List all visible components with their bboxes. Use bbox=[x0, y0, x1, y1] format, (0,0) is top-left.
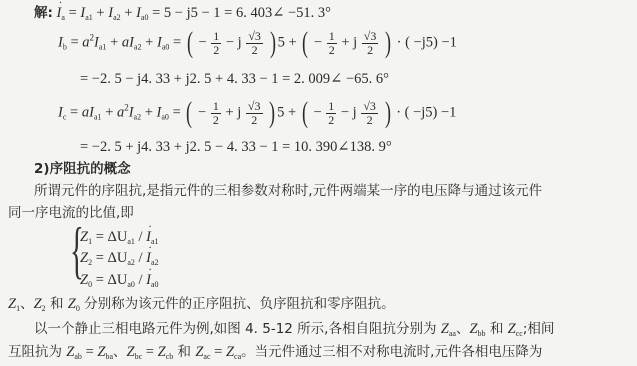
equation-ic: Ic = aIa1 + a2Ia2 + Ia0 = ( − 12 + j √32… bbox=[58, 100, 456, 126]
impedance-def-z2: Z2 = ΔUa2 / Ia2 bbox=[80, 251, 159, 267]
equation-ic-result: = −2. 5 + j4. 33 + j2. 5 − 4. 33 − 1 = 1… bbox=[80, 140, 392, 155]
solution-label: 解: bbox=[34, 5, 53, 21]
equation-ib: Ib = a2Ia1 + aIa2 + Ia0 = ( − 12 − j √32… bbox=[58, 30, 457, 56]
impedance-def-z0: Z0 = ΔUa0 / Ia0 bbox=[80, 273, 159, 289]
paragraph-3-line-1: 以一个静止三相电路元件为例,如图 4. 5-12 所示,各相自阻抗分别为 Zaa… bbox=[34, 322, 554, 338]
paragraph-1-line-1: 所谓元件的序阻抗,是指元件的三相参数对称时,元件两端某一序的电压降与通过该元件 bbox=[34, 185, 542, 199]
impedance-def-z1: Z1 = ΔUa1 / Ia1 bbox=[80, 230, 159, 246]
section-heading: 2)序阻抗的概念 bbox=[34, 163, 131, 177]
paragraph-3-line-2: 互阻抗为 Zab = Zba、Zbc = Zcb 和 Zac = Zca。当元件… bbox=[8, 345, 542, 361]
textbook-page: 解: Ia = Ia1 + Ia2 + Ia0 = 5 − j5 − 1 = 6… bbox=[0, 0, 637, 366]
equation-ib-result: = −2. 5 − j4. 33 + j2. 5 + 4. 33 − 1 = 2… bbox=[80, 72, 389, 87]
paragraph-2: Z1、Z2 和 Z0 分别称为该元件的正序阻抗、负序阻抗和零序阻抗。 bbox=[8, 297, 395, 313]
equation-ia: 解: Ia = Ia1 + Ia2 + Ia0 = 5 − j5 − 1 = 6… bbox=[34, 6, 331, 22]
